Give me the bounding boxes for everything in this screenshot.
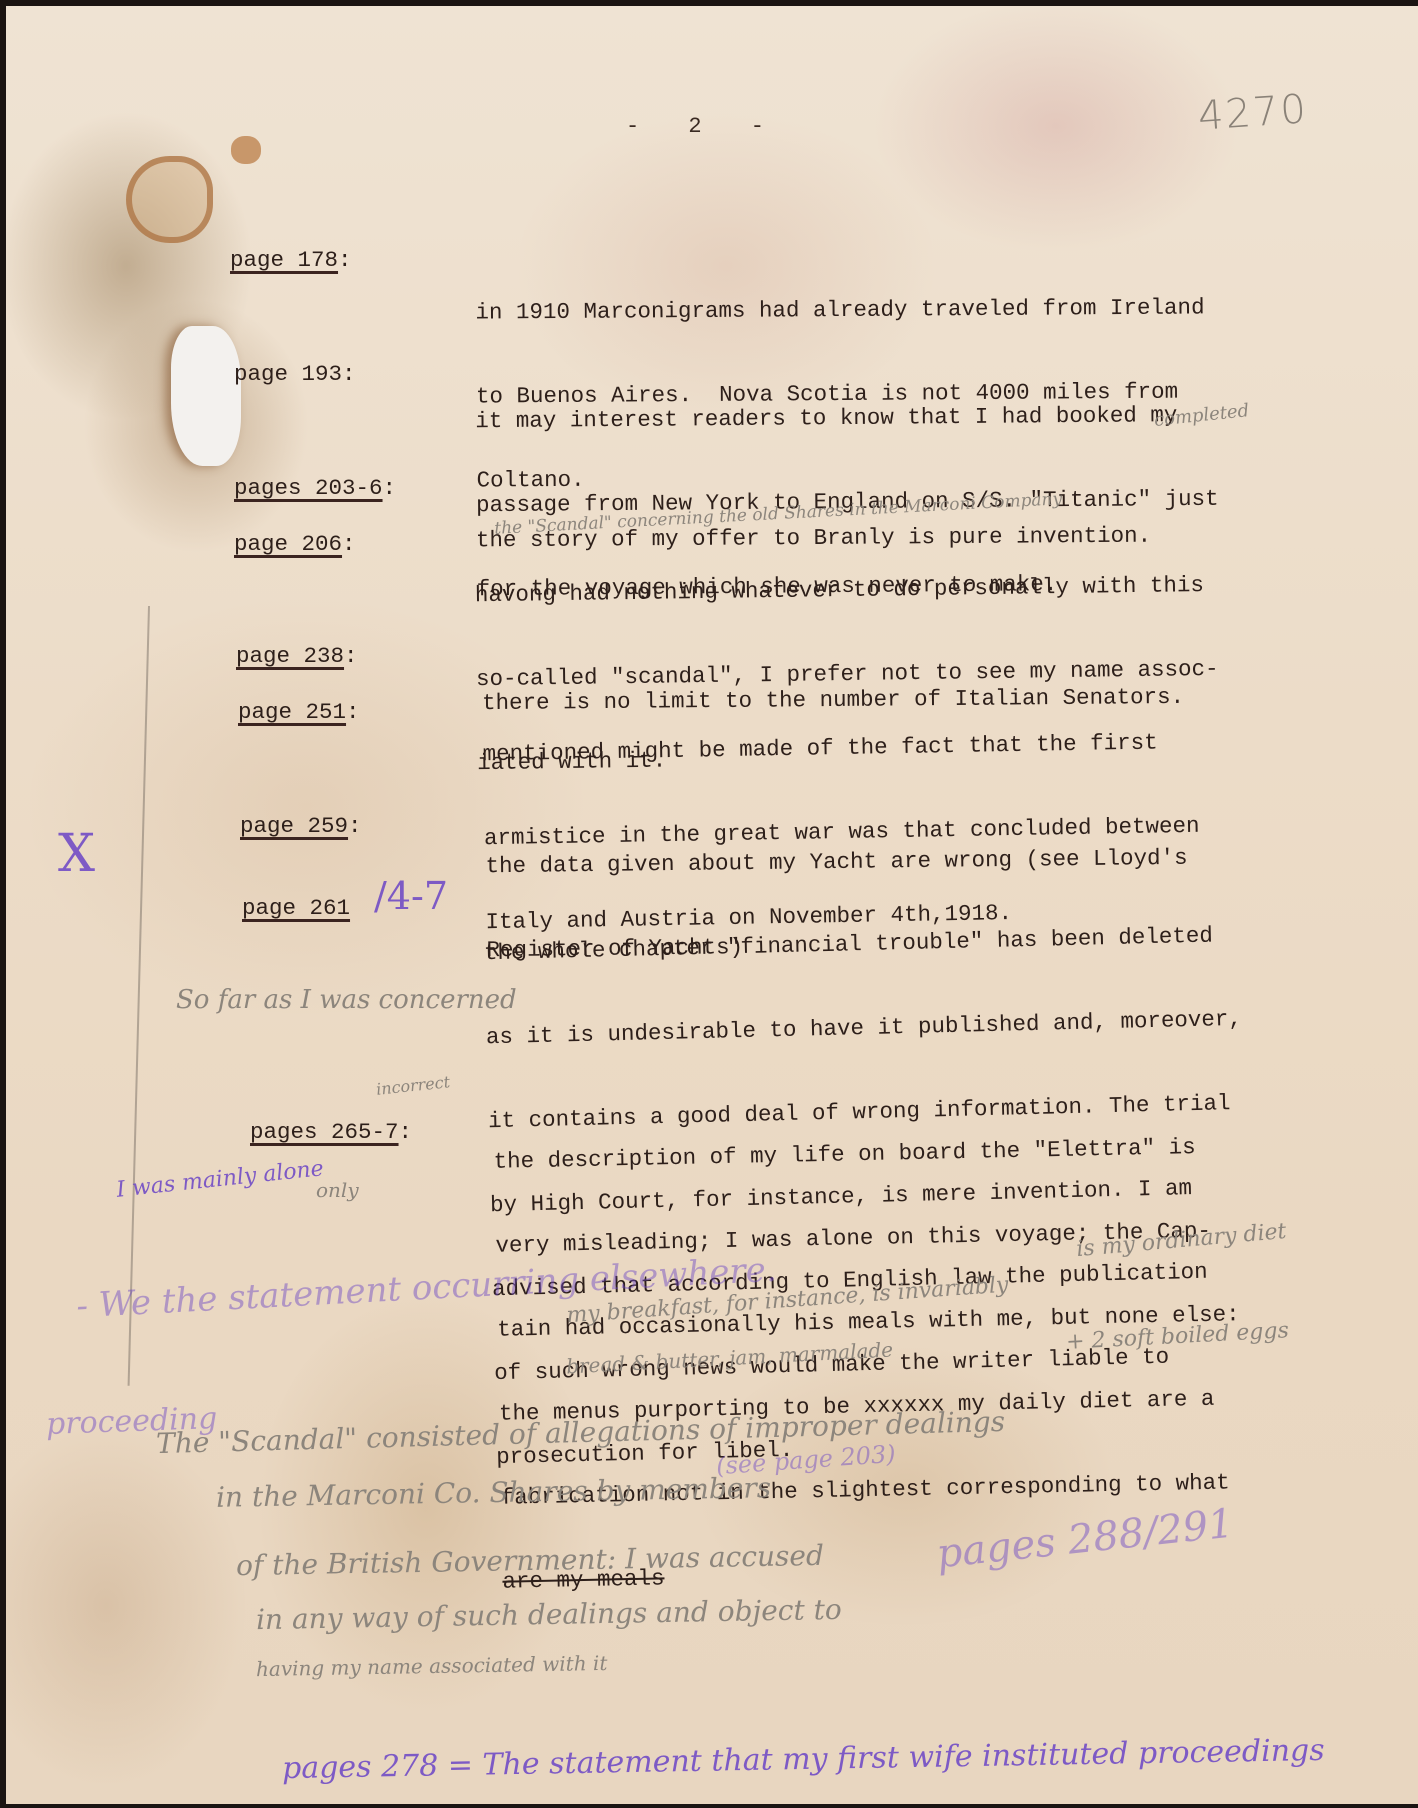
entry-label: page 178 <box>230 247 338 273</box>
archive-number: 4270 <box>1197 86 1310 140</box>
ink-margin-x: X <box>58 824 95 884</box>
paper-damage <box>171 326 241 466</box>
entry-line: the whole chapter "financial trouble" ha… <box>484 921 1241 967</box>
entry-label: page 238 <box>236 643 344 669</box>
entry-line: it may interest readers to know that I h… <box>475 401 1218 435</box>
entry-line: havong had nothing whatever to do person… <box>475 571 1218 609</box>
entry-label: page 206 <box>234 531 342 557</box>
entry-label: page 261 <box>242 895 350 921</box>
entry-line: in 1910 Marconigrams had already travele… <box>475 293 1204 326</box>
entry-label: page 259 <box>240 813 348 839</box>
entry-line: as it is undesirable to have it publishe… <box>486 1005 1243 1051</box>
entry-line: the description of my life on board the … <box>493 1132 1236 1176</box>
pencil-margin-line <box>128 606 150 1386</box>
pencil-annotation: incorrect <box>375 1068 452 1104</box>
pencil-annotation: only <box>316 1176 359 1204</box>
ink-annotation: I was mainly alone <box>115 1155 325 1205</box>
entry-line: mentioned might be made of the fact that… <box>482 728 1198 768</box>
entry-label: pages 265-7 <box>250 1119 399 1145</box>
pencil-annotation: having my name associated with it <box>256 1651 608 1681</box>
document-page: - 2 - 4270 page 178: in 1910 Marconigram… <box>6 6 1418 1804</box>
ink-annotation: /4-7 <box>374 882 448 910</box>
water-stain <box>231 136 261 164</box>
entry-label: page 251 <box>238 699 346 725</box>
page-number: - 2 - <box>626 114 782 139</box>
water-stain <box>126 156 213 243</box>
pencil-annotation: So far as I was concerned <box>176 986 517 1014</box>
ink-annotation: pages 278 = The statement that my first … <box>282 1733 1325 1786</box>
entry-label: pages 203-6 <box>234 475 383 501</box>
entry-label: page 193 <box>234 361 342 387</box>
